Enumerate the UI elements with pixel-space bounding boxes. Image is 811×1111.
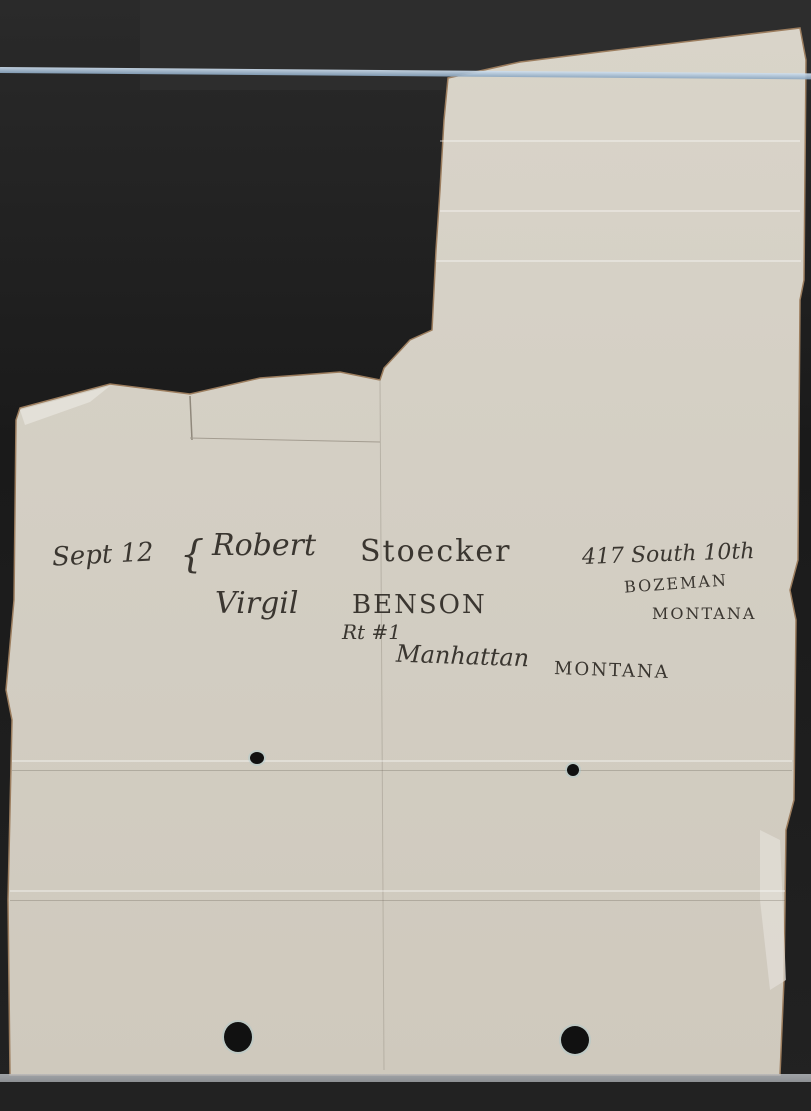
note-date: Sept 12 — [51, 537, 154, 572]
punch-hole-left — [224, 1022, 252, 1052]
paper-crease — [12, 770, 792, 771]
state-2: Montana — [554, 658, 670, 683]
punch-hole-right — [561, 1026, 589, 1054]
last-name-1: Stoecker — [360, 534, 512, 569]
first-name-1: Robert — [212, 528, 316, 563]
paper-crease — [10, 900, 785, 901]
paper-crease — [436, 260, 801, 262]
bottom-tape-strip — [0, 1074, 811, 1082]
state-1: Montana — [652, 604, 756, 623]
paper-crease — [440, 210, 800, 212]
note-brace: { — [180, 532, 204, 576]
city-2: Manhattan — [396, 640, 530, 673]
paper-crease — [10, 890, 785, 892]
last-name-2: Benson — [352, 590, 487, 620]
paper-crease — [440, 140, 800, 142]
tear-hole — [250, 752, 264, 764]
first-name-2: Virgil — [215, 586, 298, 621]
paper-crease — [12, 760, 792, 762]
tear-hole — [567, 764, 579, 776]
address-2: Rt #1 — [342, 620, 401, 644]
